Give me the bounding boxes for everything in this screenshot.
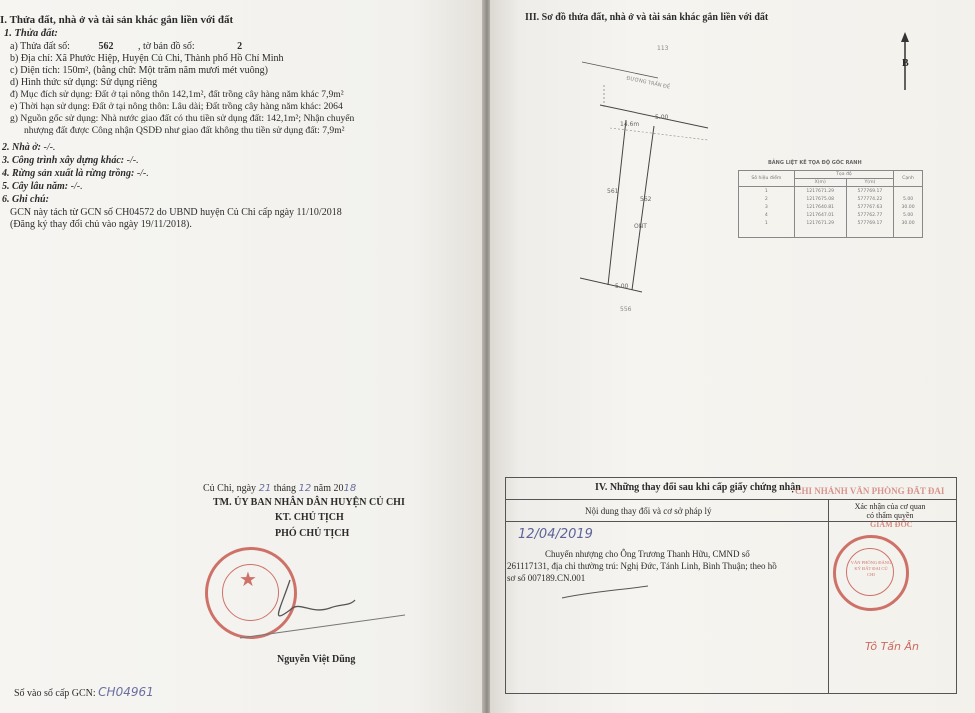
- section-title-land: I. Thửa đất, nhà ở và tài sản khác gắn l…: [0, 14, 233, 26]
- land-office-seal: VĂN PHÒNG ĐĂNG KÝ ĐẤT ĐAI CỦ CHI: [833, 535, 909, 611]
- parcel-id-label: 562: [640, 196, 651, 203]
- note-line-1: GCN này tách từ GCN số CH04572 do UBND h…: [10, 207, 342, 219]
- changes-title: IV. Những thay đổi sau khi cấp giấy chứn…: [595, 482, 801, 493]
- coordinate-table: Số hiệu điểm Tọa độ Cạnh X(m) Y(m) 12341…: [738, 170, 923, 238]
- stamp-header: CHI NHÁNH VĂN PHÒNG ĐẤT ĐAI: [795, 486, 944, 496]
- change-signature-scribble: [560, 582, 650, 602]
- land-heading: 1. Thửa đất:: [4, 28, 58, 39]
- changes-col-confirm: Xác nhận của cơ quan có thẩm quyền: [850, 502, 930, 520]
- top-edge-length: 5.00: [655, 114, 668, 121]
- north-label: B: [902, 58, 909, 69]
- address-row: b) Địa chỉ: Xã Phước Hiệp, Huyện Củ Chi,…: [10, 53, 284, 65]
- usage-purpose-row: đ) Mục đích sử dụng: Đất ở tại nông thôn…: [10, 89, 344, 101]
- note-line-2: (Đăng ký thay đổi chủ vào ngày 19/11/201…: [10, 219, 192, 231]
- parcel-number-row: a) Thửa đất số: 562 , tờ bản đồ số: 2: [10, 41, 242, 53]
- item-planted-forest: 4. Rừng sản xuất là rừng trồng: -/-.: [2, 168, 149, 180]
- bottom-edge-length: 5.00: [615, 283, 628, 290]
- signature-scribble: [230, 570, 410, 640]
- coord-table-title: BẢNG LIỆT KÊ TỌA ĐỘ GÓC RANH: [768, 160, 862, 166]
- road-width: 14.6m: [620, 121, 639, 128]
- item-house: 2. Nhà ở: -/-.: [2, 142, 55, 154]
- certificate-left-page: I. Thửa đất, nhà ở và tài sản khác gắn l…: [0, 0, 486, 713]
- issuing-authority: TM. ỦY BAN NHÂN DÂN HUYỆN CỦ CHI: [213, 497, 405, 509]
- top-parcel-number: 113: [657, 45, 668, 52]
- office-signer-name: Tô Tấn Ân: [865, 640, 919, 653]
- origin-row-1: g) Nguồn gốc sử dụng: Nhà nước giao đất …: [10, 113, 354, 125]
- stamp-role: GIÁM ĐỐC: [870, 520, 912, 529]
- item-other-construction: 3. Công trình xây dựng khác: -/-.: [2, 155, 139, 167]
- item-notes-heading: 6. Ghi chú:: [2, 194, 49, 206]
- section-title-diagram: III. Sơ đồ thửa đất, nhà ở và tài sản kh…: [525, 12, 768, 23]
- bottom-parcel-number: 556: [620, 306, 631, 313]
- item-perennial-trees: 5. Cây lâu năm: -/-.: [2, 181, 83, 193]
- origin-row-2: nhượng đất được Công nhận QSDĐ như giao …: [24, 125, 345, 137]
- left-neighbor-parcel: 561: [607, 188, 618, 195]
- table-row: 12341 1217671.291217675.081217640.811217…: [739, 187, 923, 238]
- usage-form-row: d) Hình thức sử dụng: Sử dụng riêng: [10, 77, 157, 89]
- signing-date: Củ Chi, ngày 21 tháng 12 năm 2018: [203, 483, 356, 495]
- change-entry-line-2: 261117131, địa chỉ thường trú: Nghị Đức,…: [507, 560, 777, 572]
- signer-name: Nguyễn Việt Dũng: [277, 654, 355, 666]
- signer-role-1: KT. CHỦ TỊCH: [275, 512, 344, 524]
- changes-col-content: Nội dung thay đổi và cơ sở pháp lý: [585, 505, 712, 517]
- registry-number: Số vào sổ cấp GCN: CH04961: [14, 686, 154, 700]
- change-entry-date: 12/04/2019: [518, 527, 593, 542]
- signer-role-2: PHÓ CHỦ TỊCH: [275, 528, 349, 540]
- map-sheet-number: 2: [237, 41, 242, 52]
- change-entry-line-1: Chuyển nhượng cho Ông Trương Thanh Hữu, …: [545, 548, 750, 560]
- parcel-diagram: [580, 40, 760, 320]
- usage-term-row: e) Thời hạn sử dụng: Đất ở tại nông thôn…: [10, 101, 343, 113]
- certificate-right-page: III. Sơ đồ thửa đất, nhà ở và tài sản kh…: [490, 0, 975, 713]
- land-use-code: ONT: [634, 223, 647, 230]
- parcel-number: 562: [98, 41, 113, 52]
- area-row: c) Diện tích: 150m², (bằng chữ: Một trăm…: [10, 65, 268, 77]
